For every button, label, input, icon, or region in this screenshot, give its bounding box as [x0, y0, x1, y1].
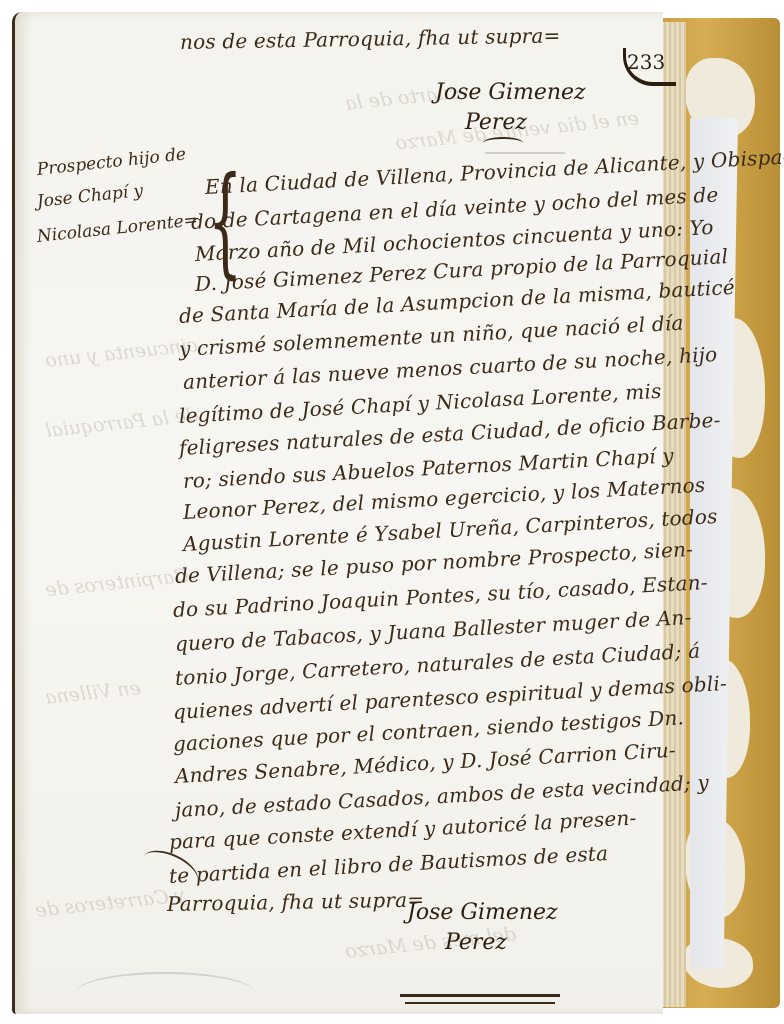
- margin-note-line: Jose Chapí y: [36, 181, 144, 212]
- continuation-line: nos de esta Parroquia, fha ut supra=: [180, 23, 561, 54]
- margin-note-line: Nicolasa Lorente=: [36, 210, 199, 247]
- rubric-underline: [485, 152, 565, 154]
- bleed-through-text: y Carreteros de: [34, 884, 186, 922]
- signature-underline: [405, 1002, 555, 1004]
- bleed-through-text: Carpinteros de: [44, 565, 190, 602]
- margin-note-line: Prospecto hijo de: [36, 144, 187, 180]
- signature-top-second: Perez: [465, 110, 527, 135]
- manuscript-page: cuarto de la en el dia veinte de Marzo c…: [12, 12, 663, 1014]
- closing-signature-first: Jose Gimenez: [407, 900, 558, 925]
- closing-signature-second: Perez: [445, 930, 507, 955]
- bleed-through-text: en Villena: [44, 677, 142, 709]
- signature-top-first: Jose Gimenez: [435, 80, 586, 105]
- entry-closing-line: Parroquia, fha ut supra=: [167, 888, 425, 916]
- folio-number: 233: [627, 50, 665, 74]
- signature-rubric-flourish: [483, 137, 523, 149]
- faded-bottom-flourish: [75, 972, 255, 1014]
- bleed-through-text: cincuenta y uno: [44, 334, 198, 372]
- bleed-through-text: de la Parroquial: [44, 404, 199, 442]
- signature-underline: [400, 994, 560, 997]
